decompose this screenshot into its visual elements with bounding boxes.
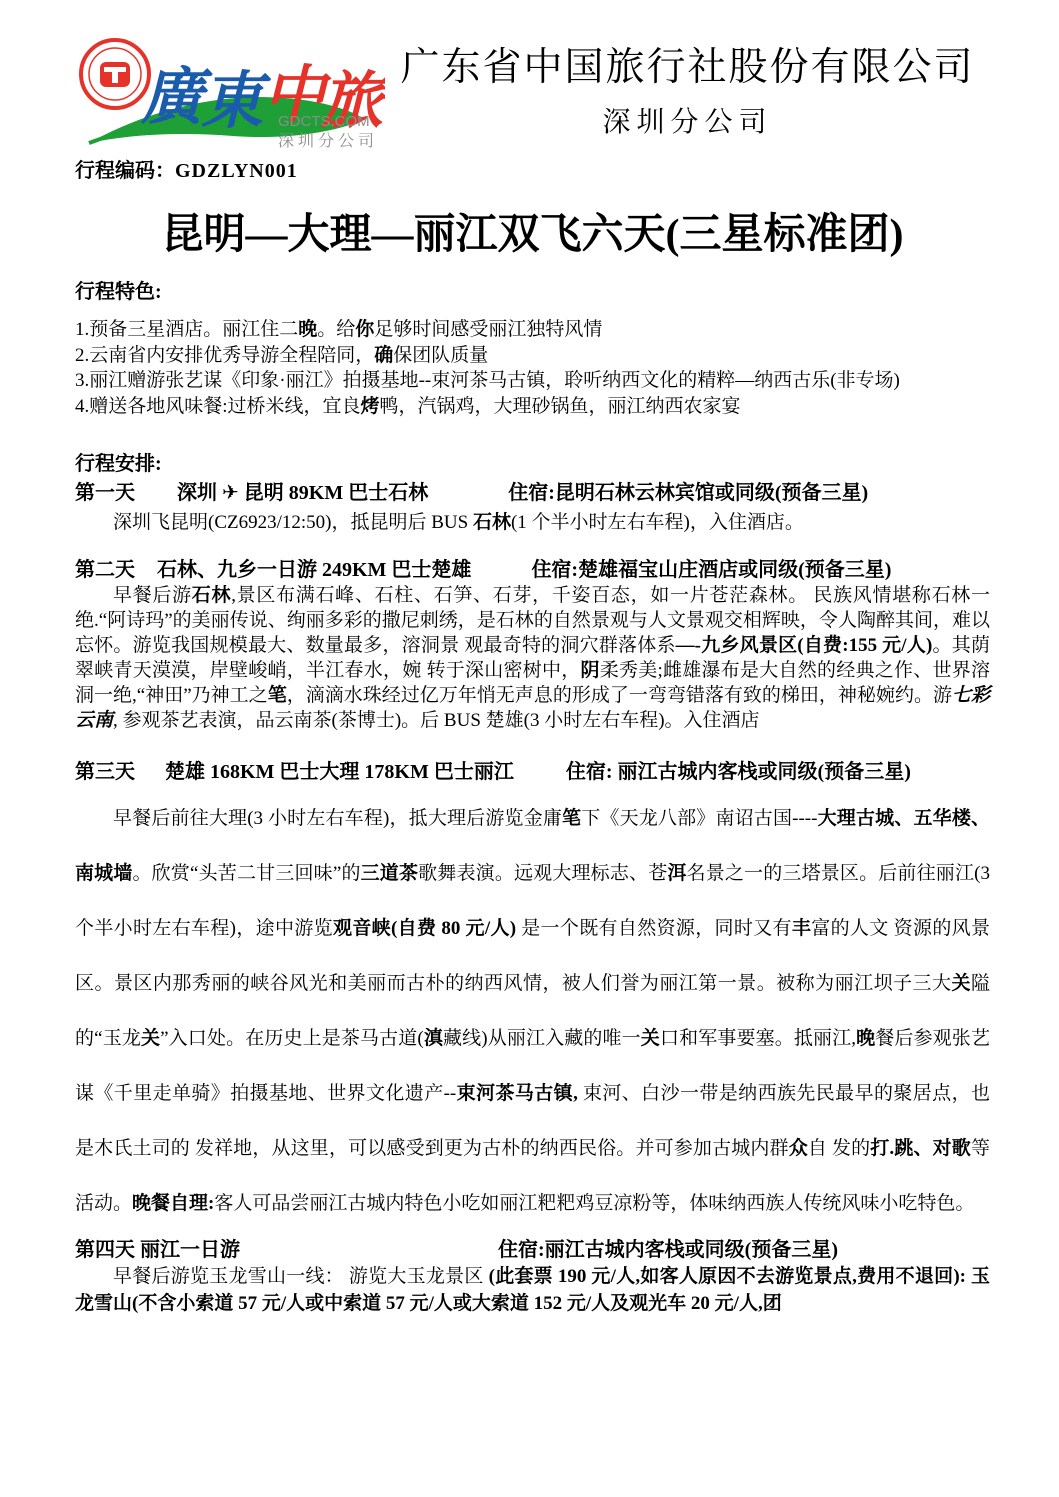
- schedule-heading: 行程安排:: [75, 451, 990, 477]
- text-segment: 第二天: [75, 559, 135, 581]
- day-2-header: 第二天石林、九乡一日游 249KM 巴士楚雄住宿:楚雄福宝山庄酒店或同级(预备三…: [75, 557, 990, 583]
- text-segment: 洱: [667, 863, 686, 884]
- text-segment: 昆明 89KM 巴士石林: [239, 482, 428, 504]
- text-segment: 石林、九乡一日游 249KM 巴士楚雄: [157, 559, 471, 581]
- text-segment: 歌舞表演。远观大理标志、苍: [418, 863, 667, 884]
- company-title-block: 广东省中国旅行社股份有限公司 深圳分公司: [385, 22, 990, 140]
- features-list: 1.预备三星酒店。丽江住二晚。给你足够时间感受丽江独特风情 2.云南省内安排优秀…: [75, 317, 990, 419]
- day-1-section: 第一天深圳 ✈ 昆明 89KM 巴士石林住宿:昆明石林云林宾馆或同级(预备三星)…: [75, 479, 990, 535]
- itinerary-code-line: 行程编码：GDZLYN001: [75, 154, 990, 183]
- text-segment: 笔: [268, 685, 287, 706]
- text-segment: 观音峡(自费 80 元/人): [333, 918, 516, 939]
- text-segment: 4.赠送各地风味餐:过桥米线，宜良: [75, 396, 361, 417]
- text-segment: 第三天: [75, 761, 135, 783]
- text-segment: 第一天: [75, 482, 135, 504]
- text-segment: 关: [141, 1028, 160, 1049]
- text-segment: 晚: [298, 319, 317, 340]
- text-segment: , 参观茶艺表演，品云南茶(茶博士)。后 BUS 楚雄(3 小时左右车程)。入住…: [113, 710, 760, 731]
- text-segment: 1.预备三星酒店。丽江住二: [75, 319, 298, 340]
- text-segment: 阴: [580, 660, 599, 681]
- text-segment: 石林: [473, 512, 511, 533]
- logo-graphic: 廣 東 中 旅 GDCTS.COM 深圳分公司: [75, 22, 385, 150]
- feature-item-3: 3.丽江赠游张艺谋《印象·丽江》拍摄基地--束河茶马古镇，聆听纳西文化的精粹—纳…: [75, 368, 990, 394]
- day-2-body: 早餐后游石林,景区布满石峰、石柱、石笋、石芽，千姿百态，如一片苍茫森林。 民族风…: [75, 583, 990, 733]
- text-segment: 烤: [361, 396, 380, 417]
- feature-item-2: 2.云南省内安排优秀导游全程陪同，确保团队质量: [75, 343, 990, 369]
- day-4-header: 第四天 丽江一日游住宿:丽江古城内客栈或同级(预备三星): [75, 1237, 990, 1263]
- page-title: 昆明—大理—丽江双飞六天(三星标准团): [75, 209, 990, 261]
- spacer: [514, 777, 566, 778]
- features-heading: 行程特色:: [75, 279, 990, 305]
- seal-icon: [81, 40, 149, 108]
- text-segment: 是一个既有自然资源，同时又有: [516, 918, 792, 939]
- text-segment: 住宿:丽江古城内客栈或同级(预备三星): [498, 1239, 838, 1261]
- text-segment: 第四天 丽江一日游: [75, 1239, 240, 1261]
- spacer: [135, 575, 157, 576]
- spacer: [240, 1255, 498, 1256]
- day-1-header: 第一天深圳 ✈ 昆明 89KM 巴士石林住宿:昆明石林云林宾馆或同级(预备三星): [75, 479, 990, 506]
- text-segment: 保团队质量: [393, 345, 488, 366]
- text-segment: 3.丽江赠游张艺谋《印象·丽江》拍摄基地--束河茶马古镇，聆听纳西文化的精粹—纳…: [75, 370, 900, 391]
- text-segment: 楚雄 168KM 巴士大理 178KM 巴士丽江: [165, 761, 514, 783]
- text-segment: ”入口处。在历史上是茶马古道(: [160, 1028, 424, 1049]
- text-segment: 自 发的: [808, 1138, 870, 1159]
- spacer: [135, 498, 177, 499]
- text-segment: 早餐后前往大理(3 小时左右车程)，抵大理后游览金庸: [113, 808, 562, 829]
- text-segment: 鸭，汽锅鸡，大理砂锅鱼，丽江纳西农家宴: [380, 396, 741, 417]
- text-segment: 早餐后游览玉龙雪山一线： 游览大玉龙景区: [113, 1266, 489, 1287]
- text-segment: 三道茶: [361, 863, 419, 884]
- spacer: [471, 575, 531, 576]
- text-segment: 晚: [856, 1028, 875, 1049]
- text-segment: 滇: [424, 1028, 443, 1049]
- text-segment: 深圳: [177, 482, 222, 504]
- text-segment: 足够时间感受丽江独特风情: [374, 319, 602, 340]
- spacer: [428, 498, 508, 499]
- text-segment: 确: [374, 345, 393, 366]
- text-segment: 住宿:昆明石林云林宾馆或同级(预备三星): [508, 482, 868, 504]
- text-segment: (1 个半小时左右车程)，入住酒店。: [511, 512, 804, 533]
- text-segment: 晚餐自理:: [132, 1193, 214, 1214]
- text-segment: —-九乡风景区(自费:155 元/人): [676, 635, 933, 656]
- day-1-body: 深圳飞昆明(CZ6923/12:50)，抵昆明后 BUS 石林(1 个半小时左右…: [75, 510, 990, 535]
- text-segment: 打.跳、对歌: [870, 1138, 971, 1159]
- text-segment: 你: [355, 319, 374, 340]
- day-3-body: 早餐后前往大理(3 小时左右车程)，抵大理后游览金庸笔下《天龙八部》南诏古国--…: [75, 791, 990, 1231]
- day-4-body: 早餐后游览玉龙雪山一线： 游览大玉龙景区 (此套票 190 元/人,如客人原因不…: [75, 1263, 990, 1317]
- text-segment: 丰: [792, 918, 811, 939]
- text-segment: 下《天龙八部》南诏古国----: [581, 808, 817, 829]
- company-name: 广东省中国旅行社股份有限公司: [385, 44, 990, 92]
- itinerary-code-value: GDZLYN001: [175, 160, 298, 182]
- text-segment: 住宿:楚雄福宝山庄酒店或同级(预备三星): [531, 559, 891, 581]
- text-segment: 。给: [317, 319, 355, 340]
- text-segment: 住宿: 丽江古城内客栈或同级(预备三星): [566, 761, 911, 783]
- text-segment: 笔: [562, 808, 581, 829]
- logo-branch-text: 深圳分公司: [278, 132, 378, 150]
- text-segment: 客人可品尝丽江古城内特色小吃如丽江粑粑鸡豆凉粉等，体味纳西族人传统风味小吃特色。: [214, 1193, 974, 1214]
- day-2-section: 第二天石林、九乡一日游 249KM 巴士楚雄住宿:楚雄福宝山庄酒店或同级(预备三…: [75, 557, 990, 733]
- text-segment: 藏线)从丽江入藏的唯一: [443, 1028, 641, 1049]
- text-segment: 。欣赏“头苦二甘三回味”的: [133, 863, 361, 884]
- text-segment: 石林: [192, 585, 231, 606]
- text-segment: 关: [951, 973, 970, 994]
- text-segment: 2.云南省内安排优秀导游全程陪同，: [75, 345, 374, 366]
- text-segment: 束河茶马古镇,: [456, 1083, 578, 1104]
- spacer: [135, 777, 165, 778]
- text-segment: (此套票 190 元/人,如客人原因不去游览景点,费用不退回):: [489, 1266, 966, 1287]
- itinerary-code-label: 行程编码：: [75, 160, 175, 182]
- company-branch: 深圳分公司: [385, 100, 990, 140]
- text-segment: 关: [641, 1028, 660, 1049]
- logo-domain-text: GDCTS.COM: [278, 113, 370, 130]
- feature-item-4: 4.赠送各地风味餐:过桥米线，宜良烤鸭，汽锅鸡，大理砂锅鱼，丽江纳西农家宴: [75, 394, 990, 420]
- feature-item-1: 1.预备三星酒店。丽江住二晚。给你足够时间感受丽江独特风情: [75, 317, 990, 343]
- text-segment: ，滴滴水珠经过亿万年悄无声息的形成了一弯弯错落有致的梯田，神秘婉约。游: [287, 685, 952, 706]
- text-segment: 深圳飞昆明(CZ6923/12:50)，抵昆明后 BUS: [113, 512, 473, 533]
- text-segment: 口和军事要塞。抵丽江,: [660, 1028, 856, 1049]
- day-4-section: 第四天 丽江一日游住宿:丽江古城内客栈或同级(预备三星) 早餐后游览玉龙雪山一线…: [75, 1237, 990, 1317]
- brand-char-2: 東: [201, 68, 272, 136]
- text-segment: 早餐后游: [113, 585, 192, 606]
- plane-icon: ✈: [222, 480, 239, 504]
- itinerary-document: 廣 東 中 旅 GDCTS.COM 深圳分公司 广东省中国旅行社股份有限公司 深…: [0, 0, 1059, 1497]
- company-logo: 廣 東 中 旅 GDCTS.COM 深圳分公司: [75, 22, 385, 150]
- document-header: 廣 東 中 旅 GDCTS.COM 深圳分公司 广东省中国旅行社股份有限公司 深…: [75, 22, 990, 150]
- day-3-section: 第三天楚雄 168KM 巴士大理 178KM 巴士丽江住宿: 丽江古城内客栈或同…: [75, 759, 990, 1231]
- text-segment: 众: [789, 1138, 808, 1159]
- day-3-header: 第三天楚雄 168KM 巴士大理 178KM 巴士丽江住宿: 丽江古城内客栈或同…: [75, 759, 990, 785]
